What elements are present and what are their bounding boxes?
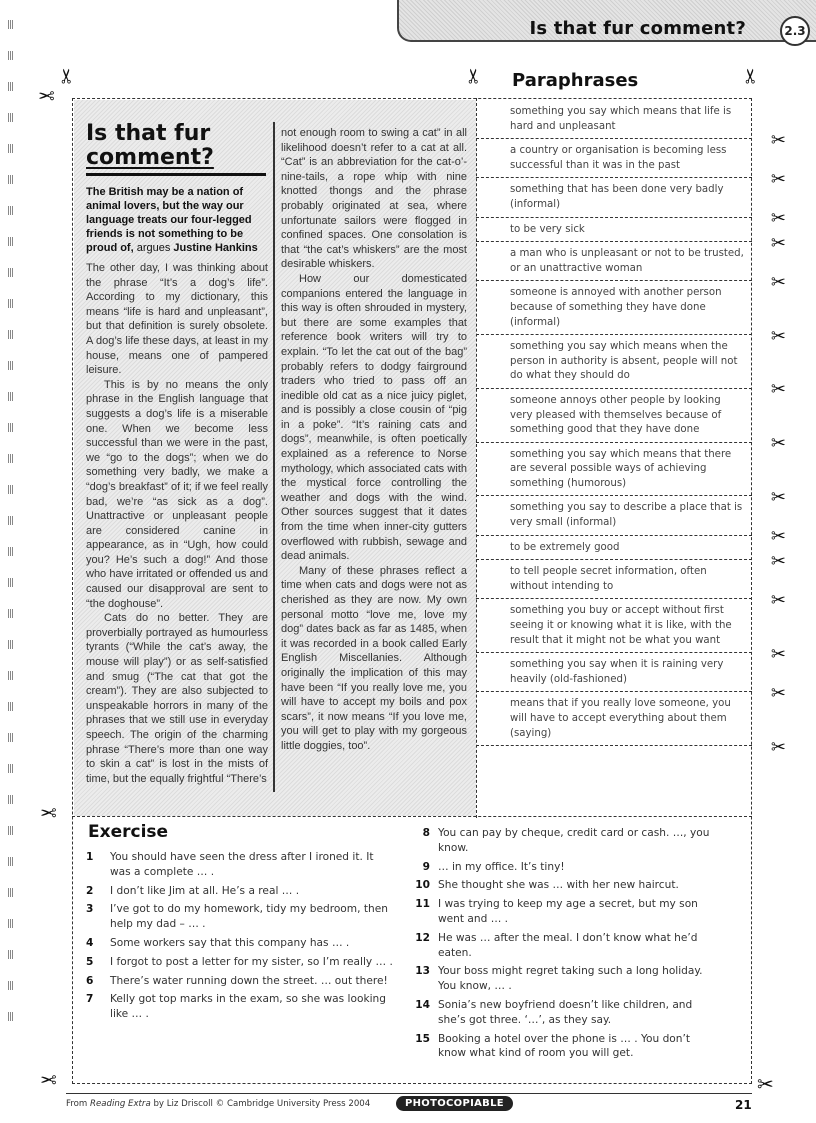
paraphrases-heading: Paraphrases bbox=[512, 70, 638, 91]
binding-marks bbox=[8, 20, 22, 1100]
paraphrase-card[interactable]: a man who is unpleasant or not to be tru… bbox=[476, 242, 752, 281]
paraphrase-card[interactable]: something that has been done very badly … bbox=[476, 178, 752, 217]
paraphrase-card[interactable]: to tell people secret information, often… bbox=[476, 560, 752, 599]
scissors-icon: ✂ bbox=[771, 687, 786, 702]
exercise-item: 14Sonia’s new boyfriend doesn’t like chi… bbox=[410, 998, 710, 1028]
footer-credit: From Reading Extra by Liz Driscoll © Cam… bbox=[66, 1099, 370, 1109]
article-paragraph: Many of these phrases reflect a time whe… bbox=[281, 564, 467, 754]
paraphrase-card[interactable]: something you say which means when the p… bbox=[476, 335, 752, 389]
paraphrase-card[interactable]: to be very sick✂ bbox=[476, 218, 752, 243]
exercise-column-left: 1You should have seen the dress after I … bbox=[86, 850, 396, 1026]
paraphrase-cards: something you say which means that life … bbox=[476, 100, 752, 746]
paraphrase-card[interactable]: something you say which means that there… bbox=[476, 443, 752, 497]
exercise-item: 2I don’t like Jim at all. He’s a real … … bbox=[86, 884, 396, 899]
scissors-icon: ✂ bbox=[38, 86, 55, 106]
photocopiable-badge: PHOTOCOPIABLE bbox=[396, 1096, 513, 1111]
article-column-left: The British may be a nation of animal lo… bbox=[86, 185, 268, 786]
paraphrase-card[interactable]: something you say when it is raining ver… bbox=[476, 653, 752, 692]
exercise-item: 4Some workers say that this company has … bbox=[86, 936, 396, 951]
article-author: Justine Hankins bbox=[173, 242, 257, 254]
scissors-icon: ✂ bbox=[463, 68, 483, 85]
column-rule bbox=[273, 122, 275, 792]
article-title: Is that fur comment? bbox=[86, 122, 266, 170]
unit-header-tab: Is that fur comment? 2.3 bbox=[397, 0, 816, 42]
scissors-icon: ✂ bbox=[771, 383, 786, 398]
article-paragraph: The other day, I was thinking about the … bbox=[86, 261, 268, 378]
scissors-icon: ✂ bbox=[40, 1070, 57, 1090]
paraphrase-card[interactable]: someone is annoyed with another person b… bbox=[476, 281, 752, 335]
exercise-item: 6There’s water running down the street. … bbox=[86, 974, 396, 989]
unit-number-badge: 2.3 bbox=[780, 16, 810, 46]
exercise-item: 15Booking a hotel over the phone is … . … bbox=[410, 1032, 710, 1062]
exercise-title: Exercise bbox=[88, 822, 168, 842]
article-column-right: not enough room to swing a cat” in all l… bbox=[281, 126, 467, 754]
paraphrase-card[interactable]: means that if you really love someone, y… bbox=[476, 692, 752, 746]
scissors-icon: ✂ bbox=[771, 237, 786, 252]
article-standfirst: The British may be a nation of animal lo… bbox=[86, 185, 268, 255]
exercise-item: 8You can pay by cheque, credit card or c… bbox=[410, 826, 710, 856]
article-paragraph: This is by no means the only phrase in t… bbox=[86, 378, 268, 612]
exercise-item: 12He was … after the meal. I don’t know … bbox=[410, 931, 710, 961]
exercise-item: 13Your boss might regret taking such a l… bbox=[410, 964, 710, 994]
article-paragraph: not enough room to swing a cat” in all l… bbox=[281, 126, 467, 272]
scissors-icon: ✂ bbox=[771, 491, 786, 506]
scissors-icon: ✂ bbox=[771, 648, 786, 663]
exercise-item: 5I forgot to post a letter for my sister… bbox=[86, 955, 396, 970]
paraphrase-card[interactable]: to be extremely good✂ bbox=[476, 536, 752, 561]
exercise-item: 10She thought she was … with her new hai… bbox=[410, 878, 710, 893]
scissors-icon: ✂ bbox=[771, 330, 786, 345]
paraphrase-card[interactable]: something you say to describe a place th… bbox=[476, 496, 752, 535]
scissors-icon: ✂ bbox=[771, 594, 786, 609]
exercise-item: 9… in my office. It’s tiny! bbox=[410, 860, 710, 875]
title-rule bbox=[86, 173, 266, 176]
scissors-icon: ✂ bbox=[56, 68, 76, 85]
exercise-item: 7Kelly got top marks in the exam, so she… bbox=[86, 992, 396, 1022]
footer-rule bbox=[66, 1093, 752, 1094]
scissors-icon: ✂ bbox=[771, 173, 786, 188]
exercise-column-right: 8You can pay by cheque, credit card or c… bbox=[410, 826, 710, 1065]
article-paragraph: Cats do no better. They are proverbially… bbox=[86, 611, 268, 786]
paraphrase-card[interactable]: something you say which means that life … bbox=[476, 100, 752, 139]
exercise-item: 3I’ve got to do my homework, tidy my bed… bbox=[86, 902, 396, 932]
scissors-icon: ✂ bbox=[40, 803, 57, 823]
scissors-icon: ✂ bbox=[740, 68, 760, 85]
scissors-icon: ✂ bbox=[771, 437, 786, 452]
scissors-icon: ✂ bbox=[771, 276, 786, 291]
scissors-icon: ✂ bbox=[771, 212, 786, 227]
article-paragraph: How our domesticated companions entered … bbox=[281, 272, 467, 564]
scissors-icon: ✂ bbox=[771, 134, 786, 149]
paraphrase-card[interactable]: a country or organisation is becoming le… bbox=[476, 139, 752, 178]
paraphrase-card[interactable]: someone annoys other people by looking v… bbox=[476, 389, 752, 443]
book-title: Reading Extra bbox=[90, 1099, 151, 1109]
scissors-icon: ✂ bbox=[757, 1074, 774, 1094]
scissors-icon: ✂ bbox=[771, 741, 786, 756]
paraphrase-card[interactable]: something you buy or accept without firs… bbox=[476, 599, 752, 653]
exercise-cut-line bbox=[72, 816, 752, 817]
page-number: 21 bbox=[735, 1098, 752, 1112]
exercise-item: 1You should have seen the dress after I … bbox=[86, 850, 396, 880]
scissors-icon: ✂ bbox=[771, 530, 786, 545]
article-title-line2: comment? bbox=[86, 146, 266, 170]
unit-title: Is that fur comment? bbox=[529, 18, 746, 39]
scissors-icon: ✂ bbox=[771, 555, 786, 570]
article-title-line1: Is that fur bbox=[86, 122, 266, 146]
exercise-item: 11I was trying to keep my age a secret, … bbox=[410, 897, 710, 927]
